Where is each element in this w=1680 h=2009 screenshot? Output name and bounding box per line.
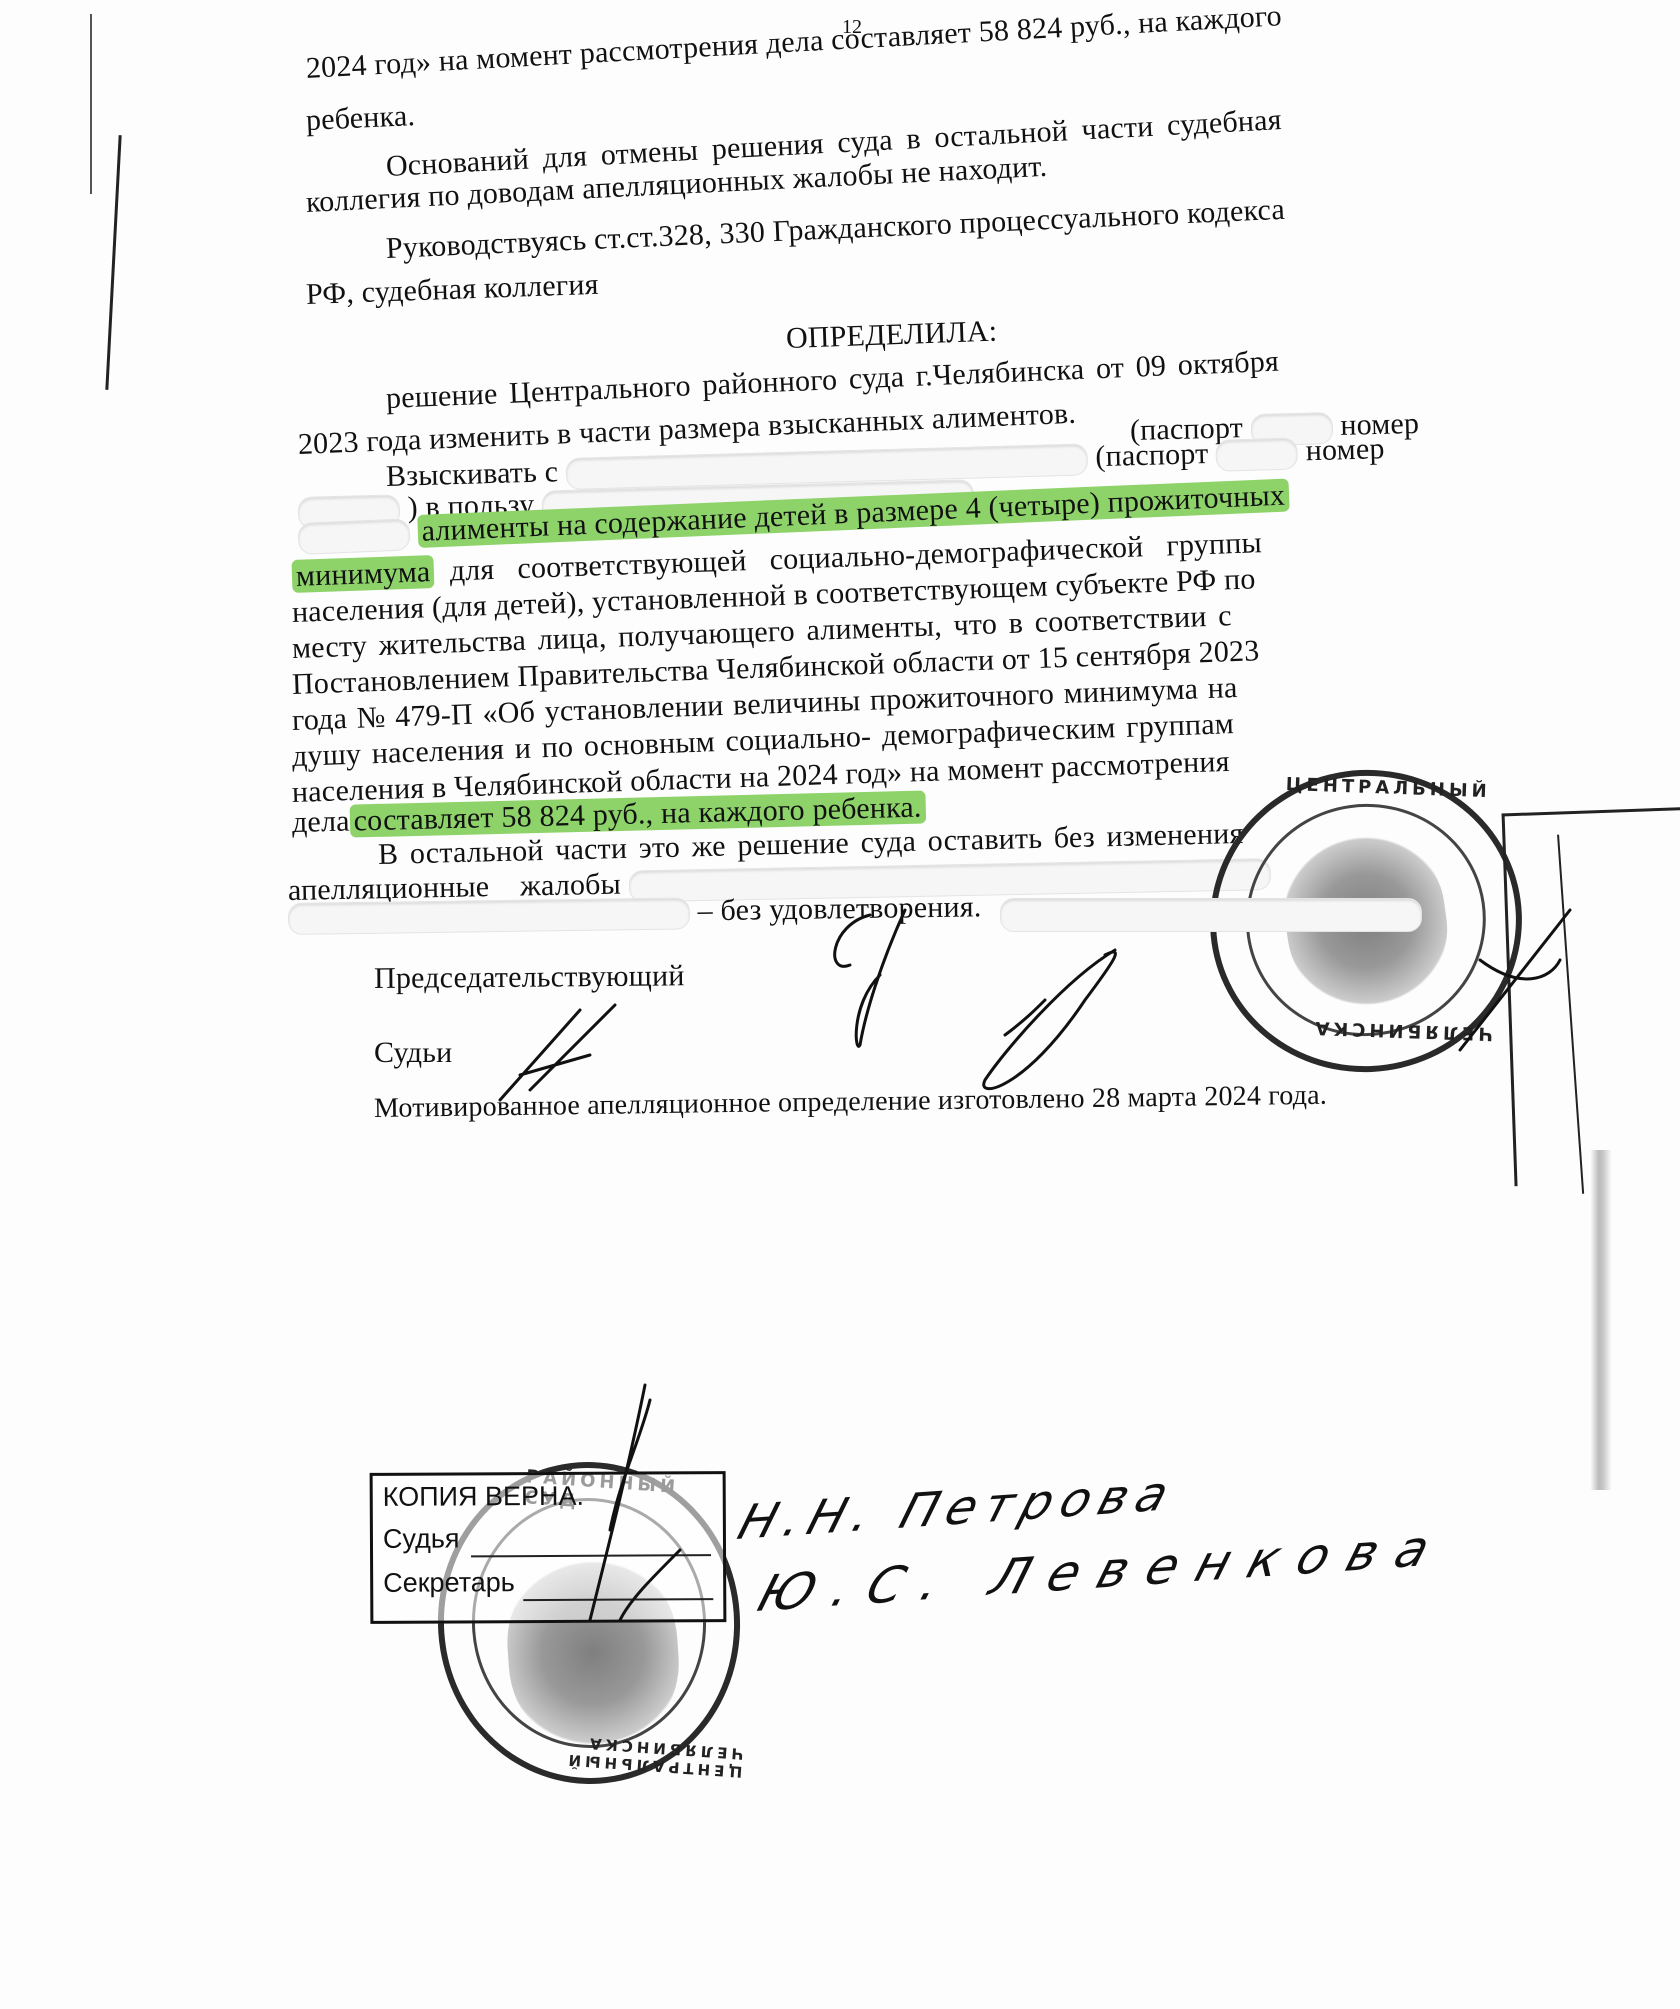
signature-scribble [1460,900,1580,1060]
secretary-label: Секретарь [383,1567,515,1599]
judge-label: Судья [383,1523,460,1554]
text-line: решение Центрального районного суда г.Че… [385,345,1279,416]
text: 2024 год» на момент рассмотрения дела со… [305,0,1283,85]
judge-handwritten-name: Н.Н. Петрова [732,1465,1183,1551]
text-line: РФ, судебная коллегия [305,268,599,312]
text-line: ребенка. [305,99,416,138]
text: Председательствующий [374,959,685,995]
text: решение Центрального районного суда г.Че… [385,345,1279,415]
redacted-field [288,897,690,935]
redacted-field [297,518,410,555]
ruling-heading: ОПРЕДЕЛИЛА: [785,315,997,356]
redacted-field [1000,898,1422,932]
text: РФ, судебная коллегия [305,268,599,311]
scanned-page: 12 2024 год» на момент рассмотрения дела… [0,0,1680,2009]
text: ОПРЕДЕЛИЛА: [785,315,997,355]
signature-scribble [810,905,940,1055]
text: дела [292,805,350,839]
scan-edge-line [105,135,121,390]
redacted-field [1216,438,1299,472]
signature-scribble [530,1380,730,1640]
signature-scribble [965,940,1135,1100]
text: ребенка. [305,99,415,137]
highlighted-text: минимума [291,555,435,593]
judges-label: Судьи [374,1036,452,1070]
presiding-judge-label: Председательствующий [374,959,685,996]
text: (паспорт [1095,437,1209,473]
text-line: 2024 год» на момент рассмотрения дела со… [305,0,1283,86]
scan-edge-line [90,14,92,194]
text: номер [1305,432,1385,467]
text: Судьи [374,1036,452,1069]
scan-shadow-strip [1590,1150,1612,1490]
